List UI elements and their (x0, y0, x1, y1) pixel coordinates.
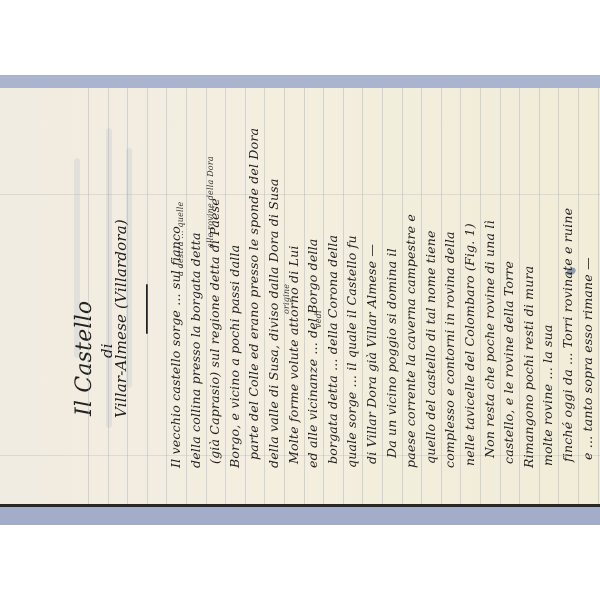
manuscript-line: molte rovine ... la sua (540, 324, 555, 466)
title-line-1: Il Castello (72, 301, 97, 416)
ruled-line (343, 88, 344, 504)
manuscript-line: Rimangono pochi resti di mura (521, 266, 536, 468)
ruled-line (304, 88, 305, 504)
manuscript-line: ed alle vicinanze ... del Borgo della (305, 239, 320, 468)
ruled-line (186, 88, 187, 504)
ruled-line (500, 88, 501, 504)
manuscript-line: finché oggi da ... Torri rovinate e ruin… (560, 208, 575, 462)
manuscript-line: paese corrente la caverna campestre e (403, 214, 418, 468)
manuscript-line: della collina presso la borgata detta (188, 232, 203, 468)
manuscript-line: della valle di Susa, diviso dalla Dora d… (266, 178, 281, 468)
ruled-line (519, 88, 520, 504)
interlinear-note: vedi (314, 310, 323, 328)
ruled-line (284, 88, 285, 504)
ruled-line (245, 88, 246, 504)
ruled-line (206, 88, 207, 504)
manuscript-line: castello, e le rovine della Torre (501, 261, 516, 464)
manuscript-line: Da un vicino poggio si domina il (384, 248, 399, 458)
manuscript-line: Borgo, e vicino a pochi passi dalla (227, 245, 242, 468)
manuscript-line: quello del castello di tal nome tiene (423, 230, 438, 464)
ruled-line (362, 88, 363, 504)
interlinear-note: a destra ... quelle (176, 202, 185, 276)
manuscript-line: nelle tavicelle del Colombaro (Fig. 1) (462, 223, 477, 466)
ruled-line (108, 88, 109, 504)
ruled-line (402, 88, 403, 504)
ruled-line (382, 88, 383, 504)
ruled-line (421, 88, 422, 504)
manuscript-line: borgata detta ... della Corona della (325, 235, 340, 464)
ruled-line (460, 88, 461, 504)
ruled-line (166, 88, 167, 504)
ruled-line (480, 88, 481, 504)
manuscript-line: di Villar Dora già Villar Almese — (364, 244, 379, 464)
ruled-line (441, 88, 442, 504)
ruled-line (88, 88, 89, 504)
ruled-line (578, 88, 579, 504)
manuscript-line: quale sorge ... il quale il Castello fu (344, 235, 359, 468)
manuscript-line: Molte forme volute attorno di Lui (286, 245, 301, 464)
ruled-line (264, 88, 265, 504)
ruled-line (539, 88, 540, 504)
manuscript-line: Non resta che poche rovine di una lì (482, 220, 497, 458)
manuscript-line: parte del Colle ed erano presso le spond… (246, 128, 261, 460)
ruled-line (558, 88, 559, 504)
ruled-line (323, 88, 324, 504)
ruled-line (598, 88, 599, 504)
ruled-line (127, 88, 128, 504)
fold-line (0, 194, 600, 195)
interlinear-note: alle rovine della Dora (206, 156, 215, 248)
manuscript-page: Il Castello di Villar-Almese (Villardora… (0, 88, 600, 507)
ruled-line (225, 88, 226, 504)
ruled-line (147, 88, 148, 504)
manuscript-line: e ... tanto sopra esso rimane — (580, 257, 595, 460)
manuscript-line: complesso e contorni in rovina della (442, 231, 457, 468)
